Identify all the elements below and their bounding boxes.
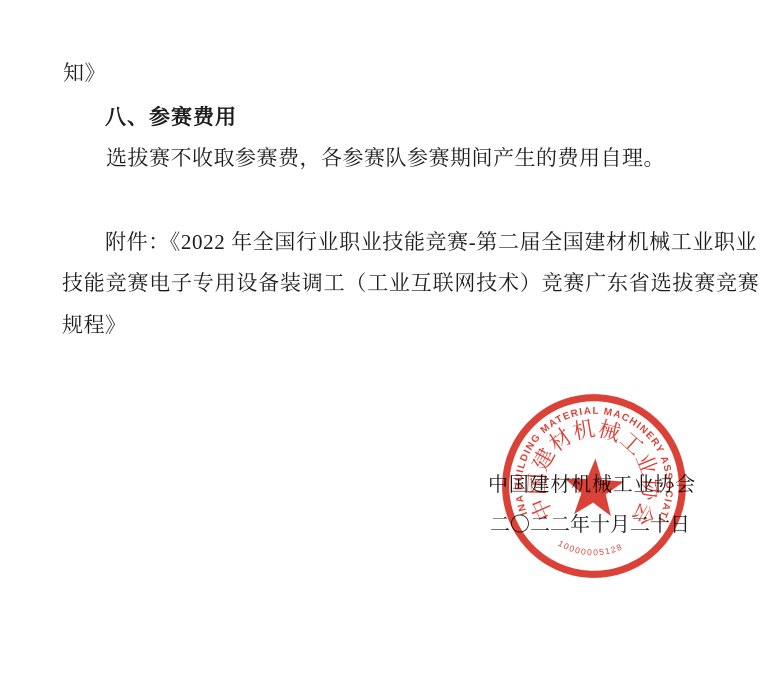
attachment-line-3: 规程》	[62, 311, 127, 339]
continuation-text: 知》	[63, 59, 106, 87]
attachment-line-1: 附件：《2022 年全国行业职业技能竞赛-第二届全国建材机械工业职业	[105, 228, 757, 256]
attachment-line-2: 技能竞赛电子专用设备装调工（工业互联网技术）竞赛广东省选拔赛竞赛	[62, 269, 760, 297]
document-page: 知》 八、参赛费用 选拔赛不收取参赛费，各参赛队参赛期间产生的费用自理。 附件：…	[0, 0, 781, 697]
body-text: 选拔赛不收取参赛费，各参赛队参赛期间产生的费用自理。	[106, 144, 665, 172]
official-seal: CHINA BUILDING MATERIAL MACHINERY ASSOCI…	[494, 386, 694, 586]
section-heading: 八、参赛费用	[105, 103, 237, 131]
seal-star-icon	[563, 457, 626, 517]
